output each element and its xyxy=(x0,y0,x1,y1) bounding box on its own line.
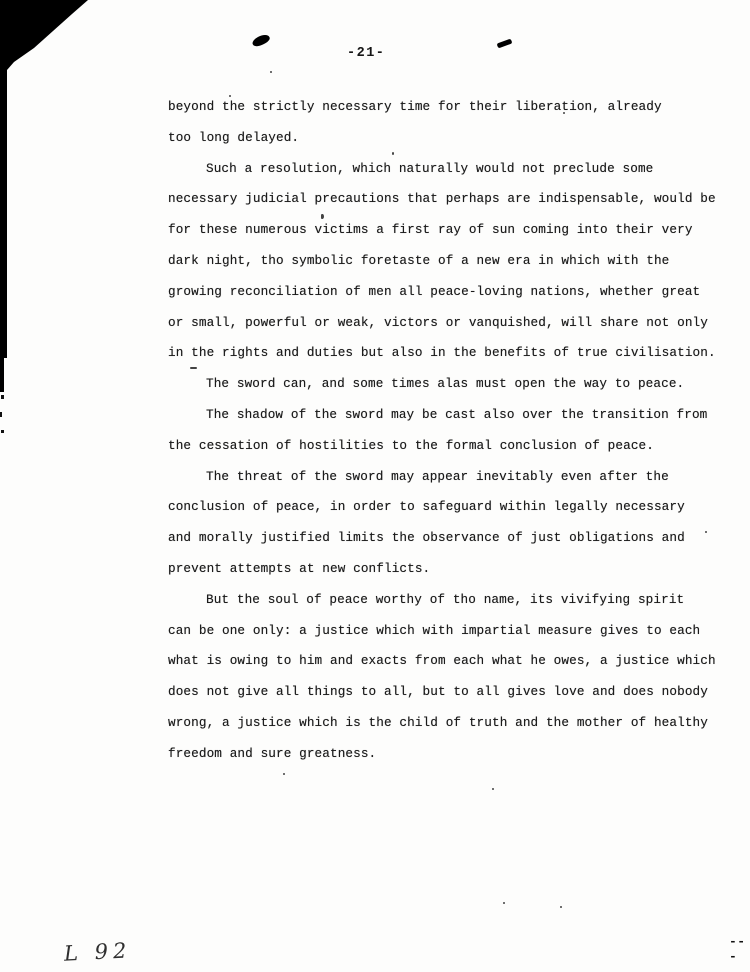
text-line: beyond the strictly necessary time for t… xyxy=(168,92,734,123)
scan-speck xyxy=(190,367,197,369)
bottom-right-dashes: --- xyxy=(729,934,750,964)
text-line: The sword can, and some times alas must … xyxy=(168,369,734,400)
document-body: beyond the strictly necessary time for t… xyxy=(168,92,734,770)
scan-speck xyxy=(563,112,565,114)
text-line: or small, powerful or weak, victors or v… xyxy=(168,308,734,339)
scan-speck xyxy=(392,152,394,155)
text-line: dark night, tho symbolic foretaste of a … xyxy=(168,246,734,277)
scan-speck xyxy=(1,430,4,433)
scan-speck xyxy=(283,773,285,775)
text-line: prevent attempts at new conflicts. xyxy=(168,554,734,585)
scan-speck xyxy=(0,412,2,417)
scan-speck xyxy=(560,906,562,908)
text-line: But the soul of peace worthy of tho name… xyxy=(168,585,734,616)
handwritten-archive-note: L 92 xyxy=(63,938,132,965)
text-line: wrong, a justice which is the child of t… xyxy=(168,708,734,739)
text-line: growing reconciliation of men all peace-… xyxy=(168,277,734,308)
scan-corner-artifact xyxy=(0,0,92,82)
text-line: The threat of the sword may appear inevi… xyxy=(168,462,734,493)
text-line: in the rights and duties but also in the… xyxy=(168,338,734,369)
scan-speck xyxy=(705,531,707,533)
text-line: what is owing to him and exacts from eac… xyxy=(168,646,734,677)
scan-speck xyxy=(1,395,4,399)
text-line: can be one only: a justice which with im… xyxy=(168,616,734,647)
text-line: freedom and sure greatness. xyxy=(168,739,734,770)
text-line: too long delayed. xyxy=(168,123,734,154)
scan-edge-streak xyxy=(0,58,7,358)
ink-smudge xyxy=(251,32,271,48)
scanned-page: -21- beyond the strictly necessary time … xyxy=(0,0,750,972)
text-line: does not give all things to all, but to … xyxy=(168,677,734,708)
scan-speck xyxy=(270,71,272,73)
ink-smudge xyxy=(497,39,513,49)
scan-speck xyxy=(492,788,494,790)
text-line: necessary judicial precautions that perh… xyxy=(168,184,734,215)
scan-speck xyxy=(321,214,324,219)
scan-speck xyxy=(503,902,505,904)
text-line: Such a resolution, which naturally would… xyxy=(168,154,734,185)
text-line: and morally justified limits the observa… xyxy=(168,523,734,554)
scan-speck xyxy=(229,95,231,97)
text-line: conclusion of peace, in order to safegua… xyxy=(168,492,734,523)
scan-edge-streak xyxy=(0,358,4,392)
text-line: for these numerous victims a first ray o… xyxy=(168,215,734,246)
page-number: -21- xyxy=(347,46,385,61)
text-line: The shadow of the sword may be cast also… xyxy=(168,400,734,431)
text-line: the cessation of hostilities to the form… xyxy=(168,431,734,462)
